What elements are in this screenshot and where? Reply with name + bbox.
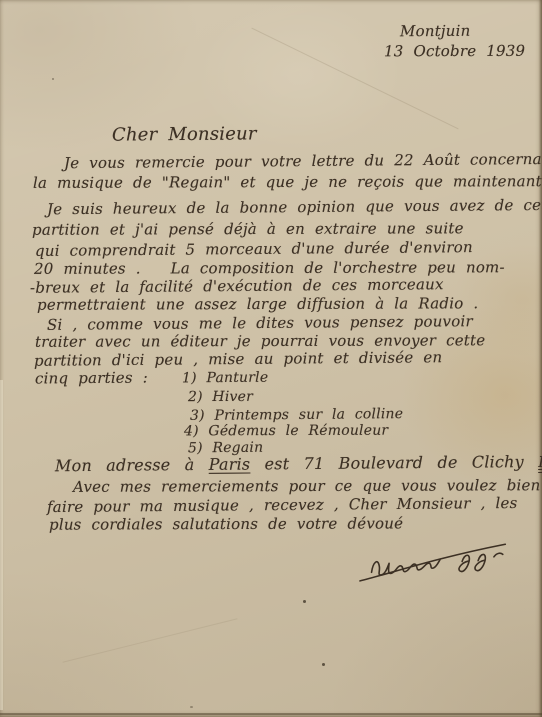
address-prefix: Mon adresse à (55, 455, 195, 475)
letter-line: partition d'ici peu , mise au point et d… (34, 348, 442, 370)
address-verb: est (264, 454, 289, 473)
suite-part-2: 2) Hiver (188, 388, 253, 406)
letter-line: la musique de "Regain" et que je ne reço… (33, 172, 542, 192)
paper-speck (190, 706, 193, 708)
letter-line: Je vous remercie pour votre lettre du 22… (64, 150, 542, 172)
letter-line: Je suis heureux de la bonne opinion que … (47, 196, 542, 218)
signature-flourish (355, 530, 514, 590)
letter-page: Montjuin 13 Octobre 1939 Cher Monsieur J… (0, 0, 542, 717)
closing-line: plus cordiales salutations de votre dévo… (49, 514, 403, 533)
letter-line: partition et j'ai pensé déjà à en extrai… (32, 219, 464, 239)
salutation: Cher Monsieur (112, 125, 257, 144)
paper-speck (52, 78, 54, 80)
paper-edge-left (0, 380, 3, 710)
dateline-place: Montjuin (400, 22, 471, 41)
address-street: 71 Boulevard de Clichy (304, 452, 524, 473)
closing-line: faire pour ma musique , recevez , Cher M… (47, 494, 518, 516)
letter-line: permettraient une assez large diffusion … (37, 294, 478, 314)
closing-line: Avec mes remerciements pour ce que vous … (73, 476, 540, 496)
signature-autograph (355, 530, 514, 590)
dateline-date: 13 Octobre 1939 (384, 42, 525, 60)
address-district: IXᵉ (538, 453, 542, 471)
letter-line: qui comprendrait 5 morceaux d'une durée … (35, 238, 473, 260)
letter-line: -breux et la facilité d'exécution de ces… (30, 275, 444, 297)
paper-speck (303, 600, 306, 603)
paper-speck (322, 663, 325, 666)
address-line: Mon adresse à Paris est 71 Boulevard de … (55, 453, 542, 475)
address-city: Paris (209, 455, 251, 474)
suite-part-4: 4) Gédemus le Rémouleur (184, 422, 388, 441)
parts-label: cinq parties : (35, 369, 148, 388)
paper-edge-bottom (0, 713, 542, 715)
suite-part-1: 1) Panturle (182, 369, 268, 388)
paper-crease (63, 618, 238, 663)
